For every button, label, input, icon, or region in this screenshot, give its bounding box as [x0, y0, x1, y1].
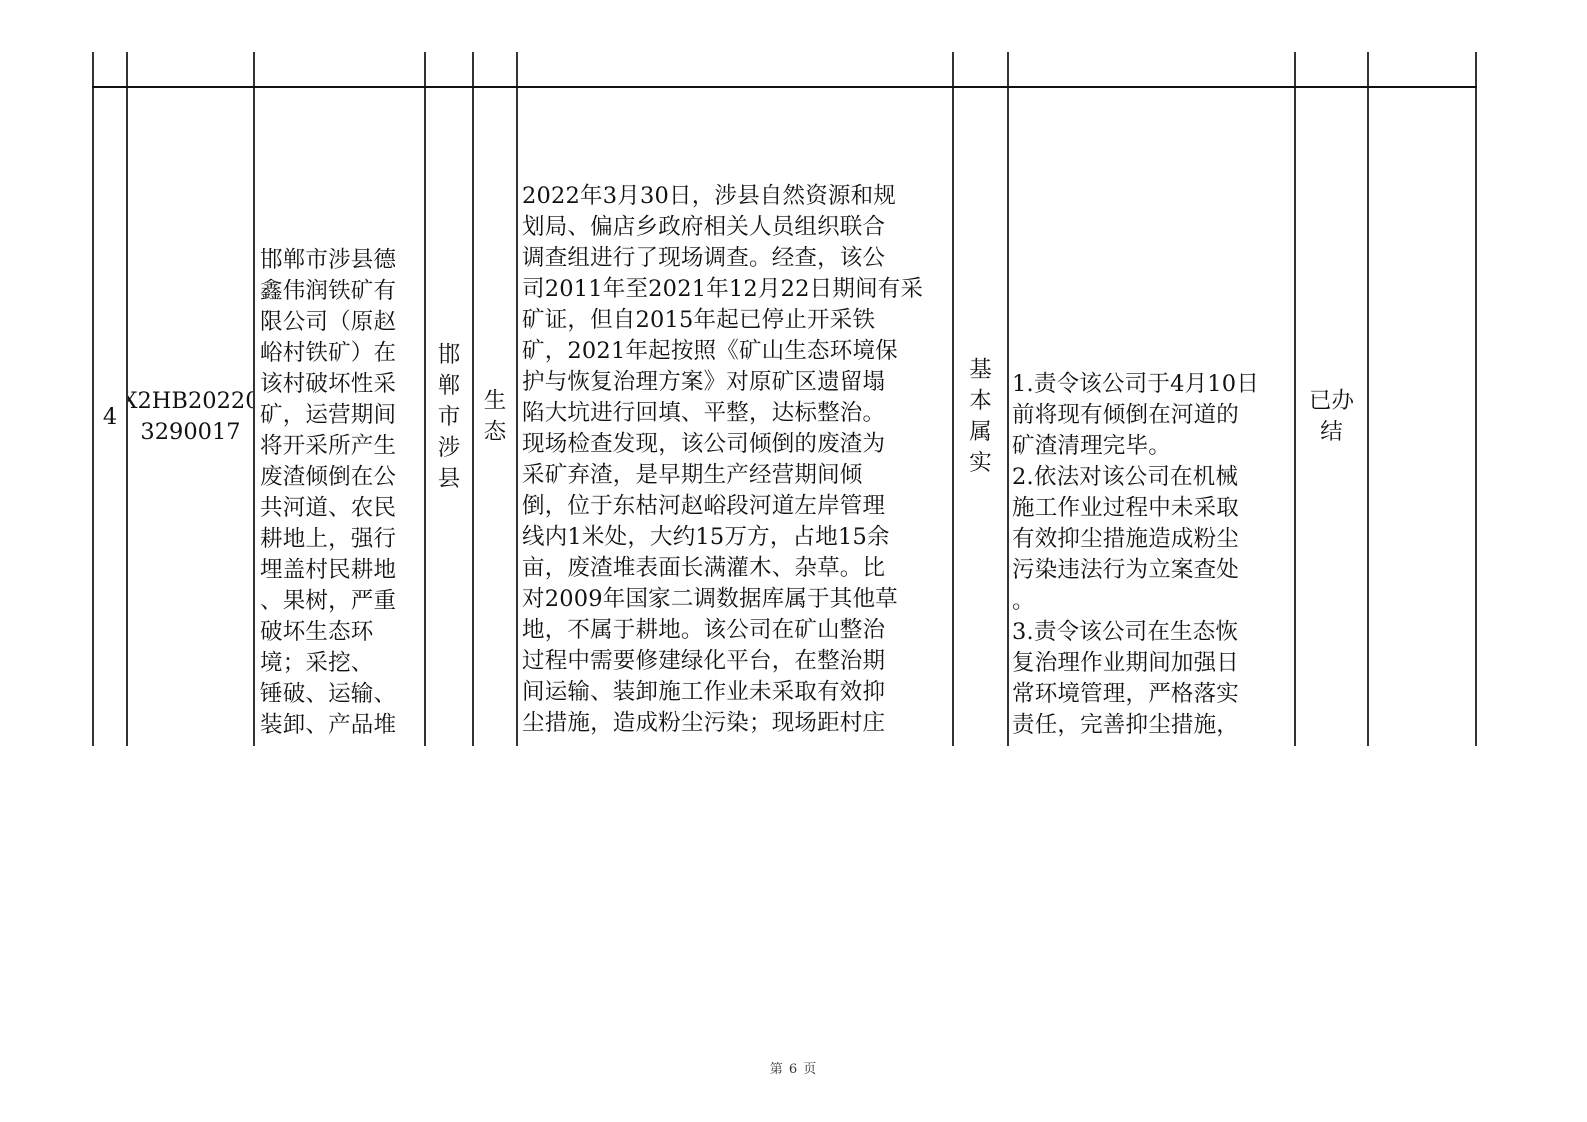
- complaint-line: 境；采挖、: [260, 648, 420, 679]
- complaint-line: 装卸、产品堆: [260, 710, 420, 741]
- investigation-line: 过程中需要修建绿化平台，在整治期: [522, 646, 950, 677]
- handling-text: 1.责令该公司于4月10日前将现有倾倒在河道的矿渣清理完毕。2.依法对该公司在机…: [1012, 369, 1292, 741]
- handling-line: 有效抑尘措施造成粉尘: [1012, 524, 1292, 555]
- handling-line: 3.责令该公司在生态恢: [1012, 617, 1292, 648]
- complaint-line: 耕地上，强行: [260, 524, 420, 555]
- handling-line: 2.依法对该公司在机械: [1012, 462, 1292, 493]
- complaint-line: 锤破、运输、: [260, 679, 420, 710]
- investigation-line: 尘措施，造成粉尘污染；现场距村庄: [522, 708, 950, 739]
- complaint-line: 限公司（原赵: [260, 307, 420, 338]
- complaint-line: 该村破坏性采: [260, 369, 420, 400]
- row-index: 4: [103, 402, 117, 433]
- investigation-line: 采矿弃渣，是早期生产经营期间倾: [522, 460, 950, 491]
- investigation-line: 2022年3月30日，涉县自然资源和规: [522, 181, 950, 212]
- status-text: 已办 结: [1309, 386, 1354, 448]
- complaint-line: 埋盖村民耕地: [260, 555, 420, 586]
- page-number: 第 6 页: [0, 1058, 1587, 1077]
- investigation-line: 调查组进行了现场调查。经查，该公: [522, 243, 950, 274]
- investigation-line: 司2011年至2021年12月22日期间有采: [522, 274, 950, 305]
- case-id: X2HB20220 3290017: [128, 386, 253, 448]
- investigation-line: 现场检查发现，该公司倾倒的废渣为: [522, 429, 950, 460]
- cell-status: 已办 结: [1296, 88, 1367, 746]
- handling-line: 。: [1012, 586, 1292, 617]
- cell-verdict: 基本属实: [954, 88, 1007, 746]
- document-page: 4 X2HB20220 3290017 邯郸市涉县德鑫伟润铁矿有限公司（原赵峪村…: [0, 0, 1587, 1122]
- complaint-line: 将开采所产生: [260, 431, 420, 462]
- complaint-line: 共河道、农民: [260, 493, 420, 524]
- handling-line: 前将现有倾倒在河道的: [1012, 400, 1292, 431]
- cell-case-id: X2HB20220 3290017: [128, 88, 253, 746]
- handling-line: 污染违法行为立案查处: [1012, 555, 1292, 586]
- complaint-text: 邯郸市涉县德鑫伟润铁矿有限公司（原赵峪村铁矿）在该村破坏性采矿，运营期间将开采所…: [260, 245, 420, 741]
- handling-line: 复治理作业期间加强日: [1012, 648, 1292, 679]
- investigation-line: 护与恢复治理方案》对原矿区遗留塌: [522, 367, 950, 398]
- cell-investigation: 2022年3月30日，涉县自然资源和规划局、偏店乡政府相关人员组织联合调查组进行…: [518, 88, 952, 746]
- investigation-line: 对2009年国家二调数据库属于其他草: [522, 584, 950, 615]
- handling-line: 施工作业过程中未采取: [1012, 493, 1292, 524]
- handling-line: 1.责令该公司于4月10日: [1012, 369, 1292, 400]
- verdict-text: 基本属实: [968, 355, 994, 479]
- investigation-line: 矿证，但自2015年起已停止开采铁: [522, 305, 950, 336]
- complaint-line: 矿，运营期间: [260, 400, 420, 431]
- table-border-right: [1475, 52, 1477, 746]
- category-text: 生态: [482, 386, 508, 448]
- investigation-line: 间运输、装卸施工作业未采取有效抑: [522, 677, 950, 708]
- handling-line: 矿渣清理完毕。: [1012, 431, 1292, 462]
- investigation-line: 地，不属于耕地。该公司在矿山整治: [522, 615, 950, 646]
- cell-complaint: 邯郸市涉县德鑫伟润铁矿有限公司（原赵峪村铁矿）在该村破坏性采矿，运营期间将开采所…: [255, 88, 424, 746]
- investigation-line: 划局、偏店乡政府相关人员组织联合: [522, 212, 950, 243]
- investigation-text: 2022年3月30日，涉县自然资源和规划局、偏店乡政府相关人员组织联合调查组进行…: [522, 181, 950, 739]
- complaint-line: 鑫伟润铁矿有: [260, 276, 420, 307]
- investigation-line: 矿，2021年起按照《矿山生态环境保: [522, 336, 950, 367]
- complaint-line: 邯郸市涉县德: [260, 245, 420, 276]
- cell-category: 生态: [474, 88, 516, 746]
- location-text: 邯郸市涉县: [436, 340, 462, 495]
- cell-location: 邯郸市涉县: [426, 88, 472, 746]
- handling-line: 常环境管理，严格落实: [1012, 679, 1292, 710]
- complaint-line: 峪村铁矿）在: [260, 338, 420, 369]
- handling-line: 责任，完善抑尘措施，: [1012, 710, 1292, 741]
- investigation-line: 倒，位于东枯河赵峪段河道左岸管理: [522, 491, 950, 522]
- cell-remarks: [1369, 88, 1475, 746]
- cell-handling: 1.责令该公司于4月10日前将现有倾倒在河道的矿渣清理完毕。2.依法对该公司在机…: [1009, 88, 1294, 746]
- complaint-line: 破坏生态环: [260, 617, 420, 648]
- investigation-line: 线内1米处，大约15万方，占地15余: [522, 522, 950, 553]
- investigation-line: 陷大坑进行回填、平整，达标整治。: [522, 398, 950, 429]
- complaint-line: 废渣倾倒在公: [260, 462, 420, 493]
- complaint-line: 、果树，严重: [260, 586, 420, 617]
- investigation-line: 亩，废渣堆表面长满灌木、杂草。比: [522, 553, 950, 584]
- cell-row-index: 4: [94, 88, 126, 746]
